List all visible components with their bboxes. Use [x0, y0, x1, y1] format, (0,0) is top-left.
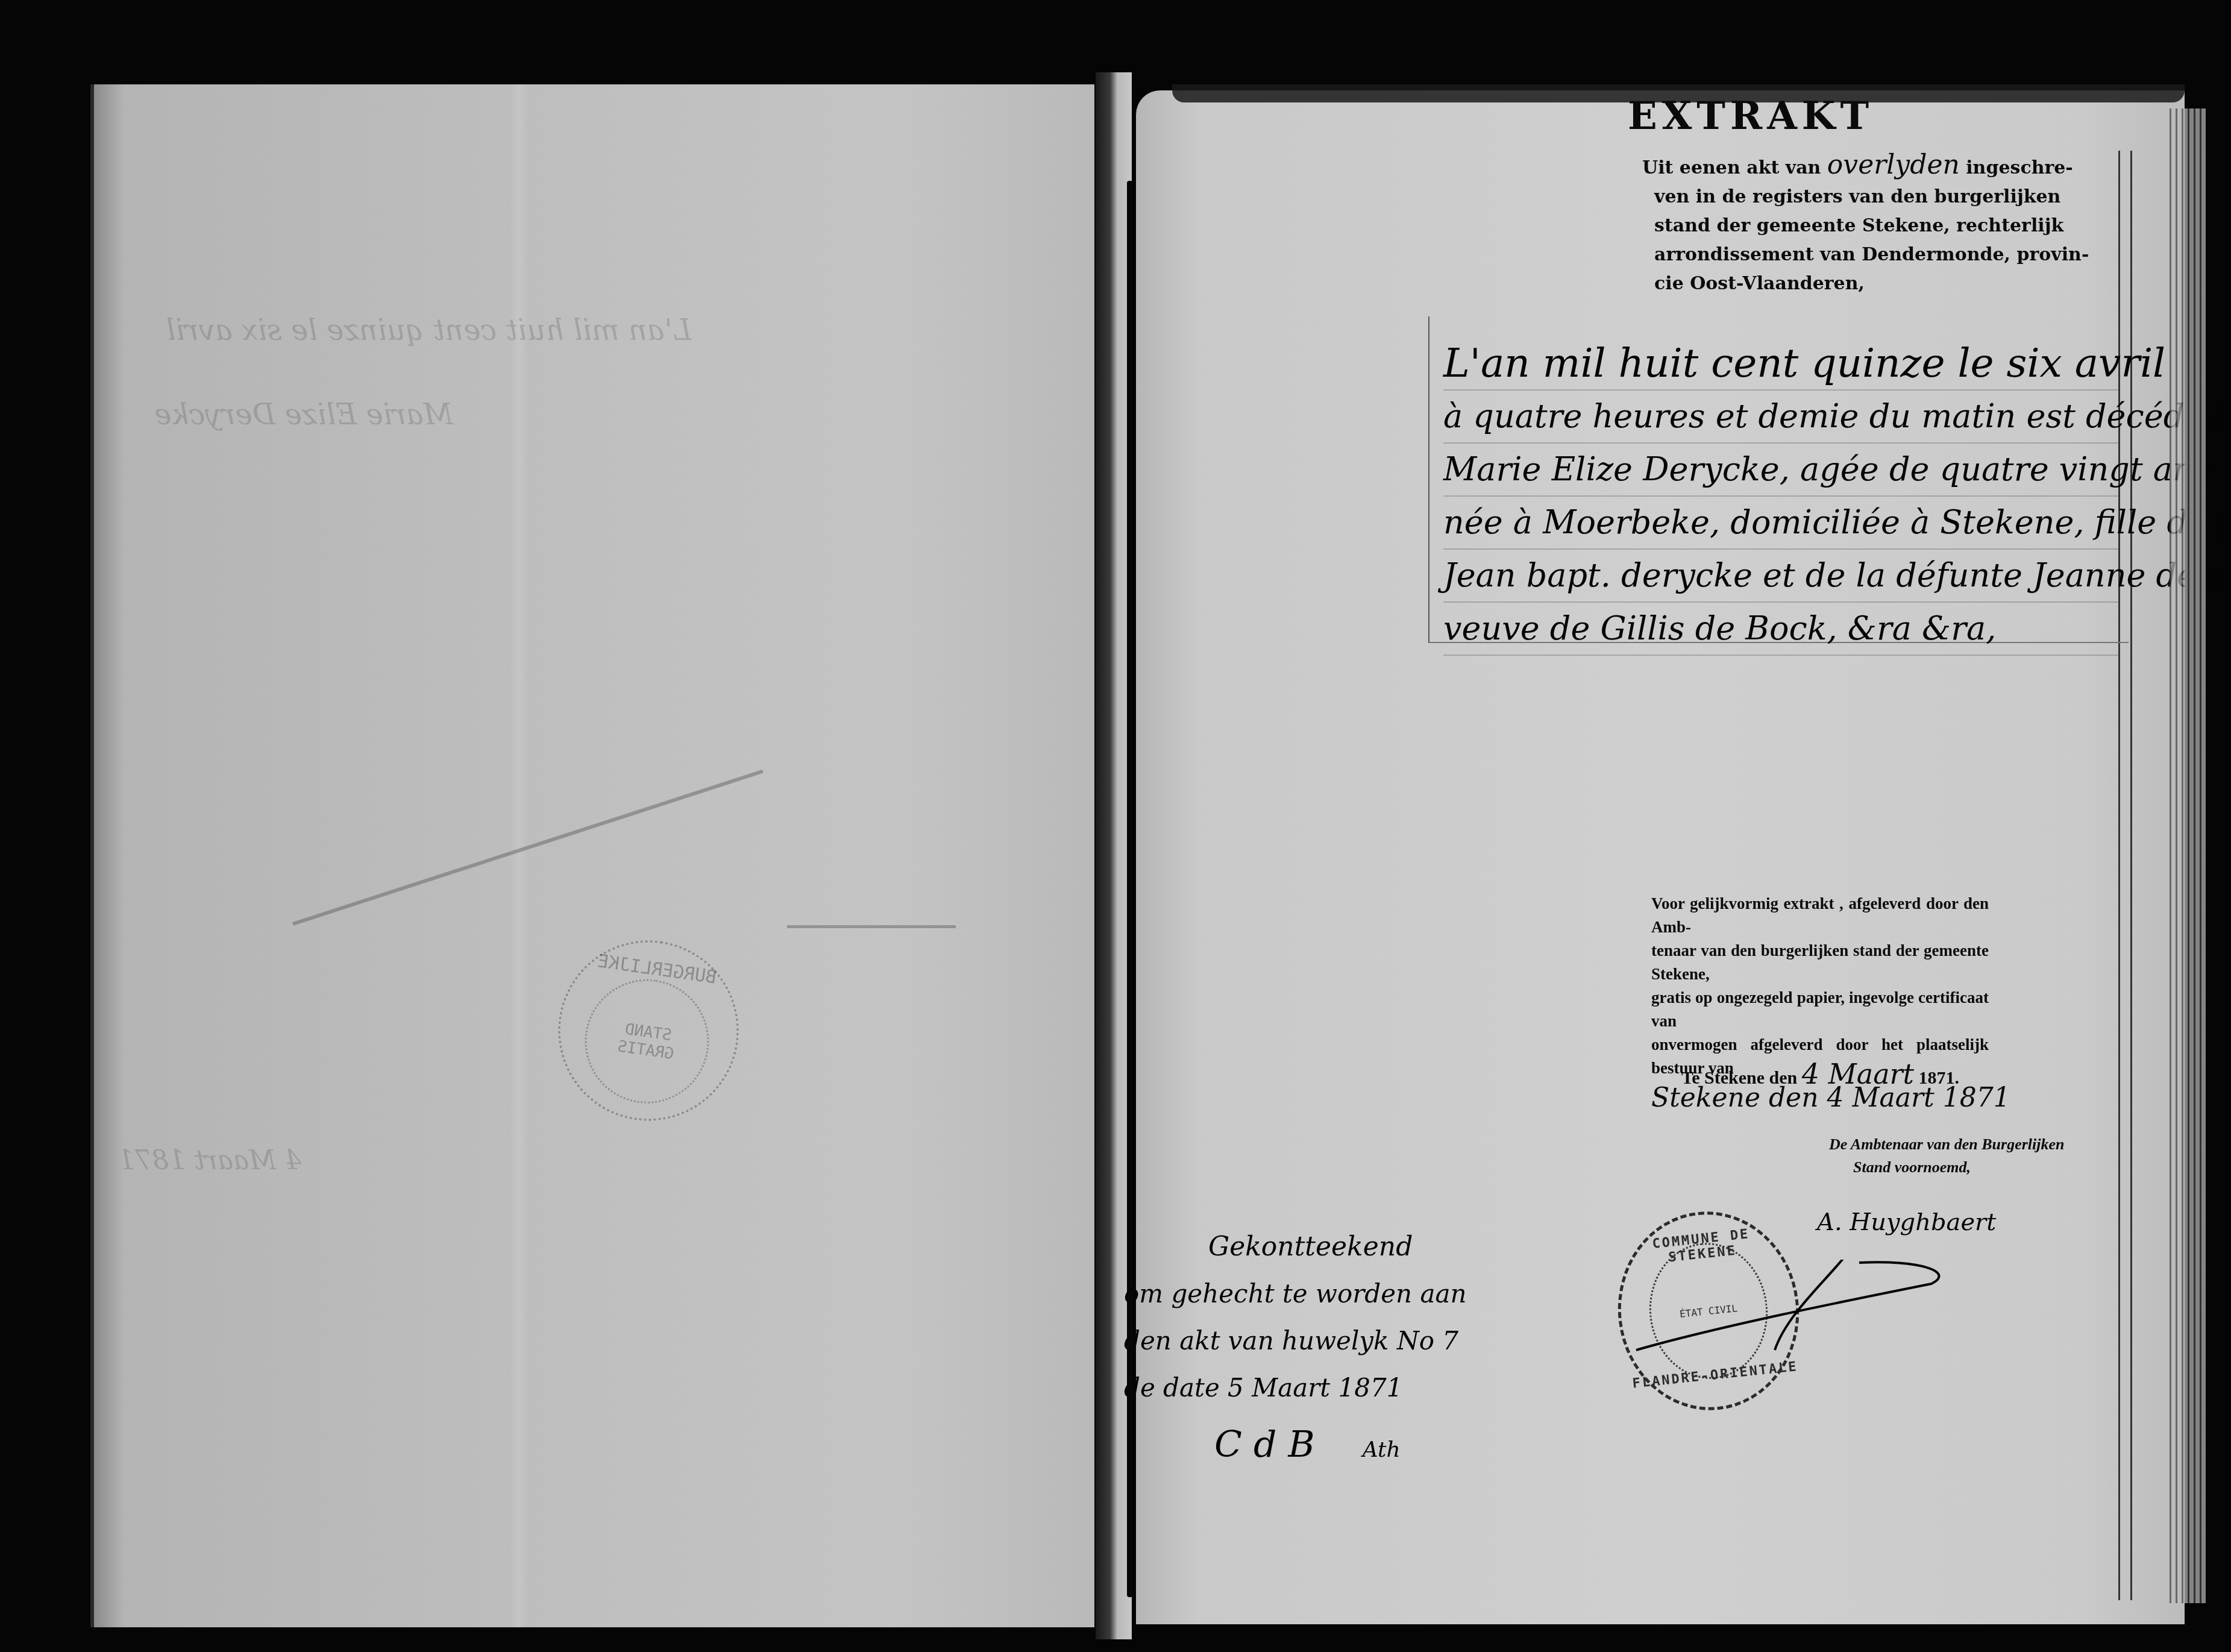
intro-line: Uit eenen akt van overlyden ingeschre- — [1642, 151, 1968, 183]
margin-annotation: Gekontteekend om gehecht te worden aan d… — [1124, 1223, 1461, 1483]
margin-line: de date 5 Maart 1871 — [1124, 1365, 1461, 1412]
place-date: Te Stekene den 4 Maart 1871. — [1681, 1058, 1959, 1090]
place-date-year: 1871 — [1919, 1068, 1955, 1088]
place-date-handwritten: 4 Maart — [1802, 1058, 1914, 1090]
intro-line: arrondissement van Dendermonde, provin- — [1642, 240, 1968, 269]
intro-paragraph: Uit eenen akt van overlyden ingeschre- v… — [1642, 151, 1968, 298]
ghost-stamp-inner: STAND GRATIS — [577, 971, 717, 1111]
official-signature: A. Huyghbaert — [1817, 1208, 1996, 1236]
ghost-text-line: L'an mil huit cent quinze le six avril — [166, 313, 691, 347]
certification-line: gratis op ongezegeld papier, ingevolge c… — [1651, 986, 1989, 1033]
margin-line: om gehecht te worden aan — [1124, 1270, 1461, 1318]
intro-line: ven in de registers van den burgerlijken — [1642, 183, 1968, 212]
official-line: De Ambtenaar van den Burgerlijken — [1829, 1133, 2065, 1156]
right-page: EXTRAKT Uit eenen akt van overlyden inge… — [1136, 90, 2185, 1624]
initials: C d B — [1214, 1424, 1315, 1466]
document-title: EXTRAKT — [1570, 93, 1931, 139]
intro-line: cie Oost-Vlaanderen, — [1642, 269, 1968, 298]
intro-line: stand der gemeente Stekene, rechterlijk — [1642, 212, 1968, 240]
header: EXTRAKT — [1570, 90, 1931, 139]
handwritten-record: L'an mil huit cent quinze le six avril à… — [1443, 338, 2118, 656]
initials-mark: Ath — [1326, 1437, 1401, 1462]
margin-initials: C d B Ath — [1124, 1412, 1461, 1483]
record-line: née à Moerbeke, domiciliée à Stekene, fi… — [1443, 497, 2118, 550]
page-stack-edge — [2170, 108, 2206, 1603]
intro-prefix: Uit eenen akt van — [1642, 157, 1821, 178]
record-line: Jean bapt. derycke et de la défunte Jean… — [1443, 550, 2118, 603]
act-type-handwritten: overlyden — [1827, 149, 1960, 180]
ghost-text-line: Marie Elize Derycke — [154, 398, 453, 432]
record-line: à quatre heures et demie du matin est dé… — [1443, 391, 2118, 444]
place-date-suffix: . — [1955, 1068, 1960, 1088]
record-line: L'an mil huit cent quinze le six avril — [1443, 338, 2118, 391]
official-line: Stand voornoemd, — [1829, 1156, 2065, 1179]
official-title: De Ambtenaar van den Burgerlijken Stand … — [1829, 1133, 2065, 1179]
margin-line: den akt van huwelyk No 7 — [1124, 1318, 1461, 1365]
signature-flourish-icon — [1630, 1260, 1944, 1356]
certification-line: tenaar van den burgerlijken stand der ge… — [1651, 939, 1989, 986]
paper-crease — [787, 925, 956, 928]
place-date-prefix: Te Stekene den — [1681, 1068, 1797, 1088]
certification-line: Voor gelijkvormig extrakt , afgeleverd d… — [1651, 892, 1989, 939]
scan-background: L'an mil huit cent quinze le six avril M… — [0, 0, 2231, 1652]
record-line: veuve de Gillis de Bock, &ra &ra, — [1443, 603, 2118, 656]
left-page: L'an mil huit cent quinze le six avril M… — [90, 84, 1094, 1627]
ghost-text-line: 4 Maart 1871 — [118, 1145, 301, 1176]
record-line: Marie Elize Derycke, agée de quatre ving… — [1443, 444, 2118, 497]
intro-suffix: ingeschre- — [1966, 157, 2073, 178]
margin-line: Gekontteekend — [1124, 1223, 1461, 1270]
ghost-stamp: BURGERLIJKE STAND GRATIS — [547, 929, 751, 1133]
